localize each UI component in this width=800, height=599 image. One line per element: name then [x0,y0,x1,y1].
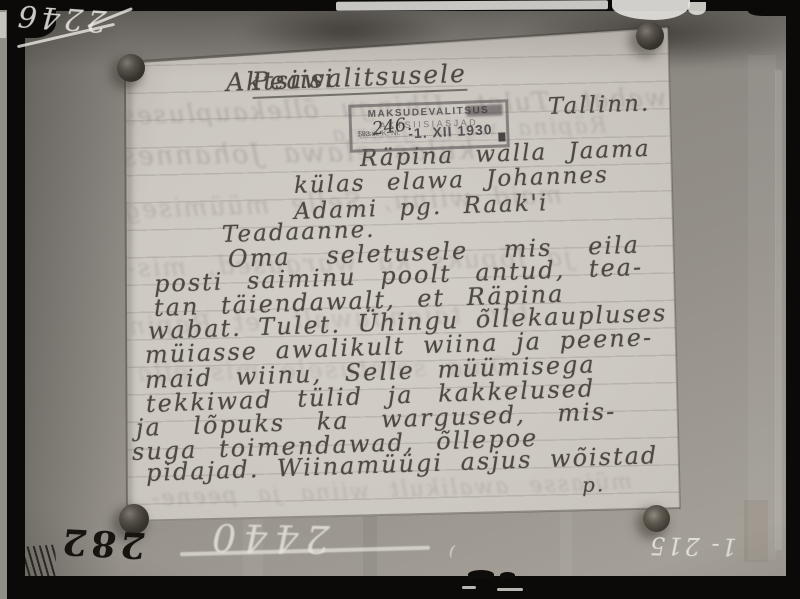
tax-office-received-stamp: MAKSUDEVALITSUS AKTSIISIASJAD Sisset. K.… [348,99,510,153]
dark-bump [500,572,515,579]
torn-white-paper [688,2,706,15]
board-strip [748,55,776,560]
stamp-year-print: 193 [357,129,370,138]
plate-frame-bottom [0,576,800,599]
pushpin-top-right [636,22,664,50]
pushpin-top-left [117,54,145,82]
addressee-line: Aktsiisi Peawalitsusele [225,67,252,97]
city-line: Tallinn. [548,90,651,120]
white-paper-strip [336,0,608,10]
plate-frame-right [786,0,800,599]
board-strip [775,70,782,550]
white-speck [462,586,476,589]
plate-edge-dash [0,12,6,38]
white-speck [497,588,523,591]
bottom-right-negative-number: 1- 215 [648,531,737,561]
photographed-handwritten-letter: wabat. Tulet. Ühingu õllekaupluses külas… [0,0,800,599]
top-left-negative-number: 2246 [13,0,108,38]
stamp-date: -1. XII 1930 [408,121,493,141]
signoff-mark: p. [582,472,606,497]
dark-bump [468,570,494,579]
plate-edge-strip [0,10,7,599]
stamp-ink-smudge [466,104,502,116]
plate-frame-corner [748,0,800,16]
stamp-ink-blob [498,132,505,141]
bottom-left-inventory-number: 282 [57,520,146,567]
pushpin-bottom-right [643,505,670,532]
